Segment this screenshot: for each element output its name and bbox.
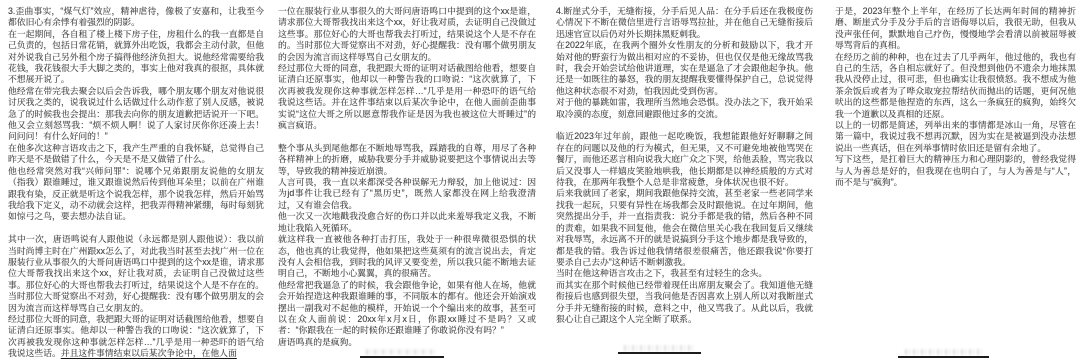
paragraph: 一位在服装行业从事很久的大哥问唐语鸣口中提到的这个xx是谁，请求那位大哥帮我找出… [278, 6, 536, 63]
page-4: 于是，2023年整个上半年，在经历了长达两年时间的精神折磨、断崖式分手及分手后的… [835, 0, 1076, 361]
paragraph: 人言可畏，我一直以来都深受各种误解无力辩驳，加上他说过：因为jd事件让我已经有了… [278, 177, 536, 211]
paragraph: 临近2023年过年前，跟他一起吃晚饭，我想能跟他好好聊聊之间存在的问题以及他的行… [556, 131, 813, 188]
paragraph: 他经常把我逼急了的时候，我会跟他争论，如果有他人在场，他就会开始捏造这种我跟谁睡… [278, 280, 536, 337]
paragraph: 就这样我一直被他各种打击打压，我处于一种很卑微很恐惧的状态，他也真的让我觉得，他… [278, 234, 536, 280]
illegible-watermark [905, 349, 982, 355]
footer-redaction-bar [898, 356, 989, 358]
underlined-phrase: 并且这件事情结束以后某次争论中，在他人面 [61, 348, 237, 358]
paragraph: 整个事从头到尾他都在不断地辱骂我，踩踏我的自尊，用尽了各种各样精神上的折磨，威胁… [278, 143, 536, 177]
illegible-watermark [366, 349, 438, 355]
page-4-text: 于是，2023年整个上半年，在经历了长达两年时间的精神折磨、断崖式分手及分手后的… [835, 0, 1076, 189]
paragraph: 经过那位大哥的同意，我把跟大哥的证明对话截图给他看，想要自证清白还原事实，他却以… [278, 63, 536, 131]
paragraph: 唐语鸣真的是疯狗。 [278, 337, 536, 348]
paragraph: 经过那位大哥的同意，我把跟大哥的证明对话截图给他看，想要自证清白还原事实。他却以… [8, 314, 264, 360]
paragraph: 于是，2023年整个上半年，在经历了长达两年时间的精神折磨、断崖式分手及分手后的… [835, 6, 1076, 52]
paragraph: 在一起期间，各自租了楼上楼下房子住，房租什么的我一直都是自己负责的，包括日常花销… [8, 29, 264, 86]
page-1: 3.歪曲事实，“煤气灯”效应，精神虐待，像极了安嘉和，让我至今都依旧心有余悸有着… [8, 0, 264, 361]
paragraph: 而其实在那个时候他已经带着现任出席朋友聚会了。我知道他无缝衔接后也感到很失望，当… [556, 280, 813, 326]
paragraph: 写下这些，是扛着巨大的精神压力和心理阴影的，曾经我觉得与人为善总是好的，但我现在… [835, 154, 1076, 188]
paragraph: 3.歪曲事实，“煤气灯”效应，精神虐待，像极了安嘉和，让我至今都依旧心有余悸有着… [8, 6, 264, 29]
page-3-text: 4.断崖式分手，无缝衔接，分手后见人品：在分手后还在我极度伤心情况下不断在微信里… [556, 0, 813, 325]
paragraph: 其中一次，唐语鸣说有人跟他说（永远都是别人跟他说）：我以前当时尚博主时在广州跟x… [8, 234, 264, 314]
page-2: 一位在服装行业从事很久的大哥问唐语鸣口中提到的这个xx是谁，请求那位大哥帮我找出… [278, 0, 536, 361]
document-canvas: { "colors": { "background": "#ffffff", "… [0, 0, 1080, 361]
paragraph: 在经历之前的种种，也在过去了几乎两年，他过他的，我也有自己的生活，各自相忘就好了… [835, 52, 1076, 120]
page-2-text: 一位在服装行业从事很久的大哥问唐语鸣口中提到的这个xx是谁，请求那位大哥帮我找出… [278, 0, 536, 348]
paragraph: 后来我就回了老家，期间我跟他保持交流，甚至老家一些老同学来找我一起玩，只要有异性… [556, 188, 813, 268]
footer-redaction-bar [360, 356, 444, 358]
paragraph: 他也经常突然对我“兴师问罪”：说哪个兄弟跟朋友说他的女朋友（指我）跟谁睡过，谁又… [8, 166, 264, 223]
paragraph: 以上的一切都是简述，列举出来的事情都是冰山一角，尽管在第一篇中，我说过我不想再沉… [835, 120, 1076, 154]
paragraph: 在他多次这种言语攻击之下，我产生严重的自我怀疑，总觉得自己昨天是不是做错了什么，… [8, 143, 264, 166]
paragraph: 对于他的暴跳如雷，我理所当然地会恐惧。没办法之下，我开始采取冷漠的态度，刻意回避… [556, 97, 813, 120]
paragraph: 4.断崖式分手，无缝衔接，分手后见人品：在分手后还在我极度伤心情况下不断在微信里… [556, 6, 813, 40]
illegible-watermark [624, 345, 695, 351]
paragraph: 他经常在带完我去聚会以后会告诉我，哪个朋友哪个朋友对他说很讨厌我之类的，说我说过… [8, 86, 264, 143]
paragraph: 他一次又一次地戳我没愈合好的伤口并以此来羞辱我定义我，不断地让我陷入死循环。 [278, 211, 536, 234]
page-3: 4.断崖式分手，无缝衔接，分手后见人品：在分手后还在我极度伤心情况下不断在微信里… [556, 0, 813, 361]
paragraph: 当时在他这种语言攻击之下，我甚至有过轻生的念头。 [556, 268, 813, 279]
footer-redaction-bar [618, 352, 701, 354]
page-1-text: 3.歪曲事实，“煤气灯”效应，精神虐待，像极了安嘉和，让我至今都依旧心有余悸有着… [8, 0, 264, 360]
paragraph: 在2022年底，在我两个圈外女性朋友的分析和鼓励以下，我才开始对他的野蛮行为做出… [556, 40, 813, 97]
